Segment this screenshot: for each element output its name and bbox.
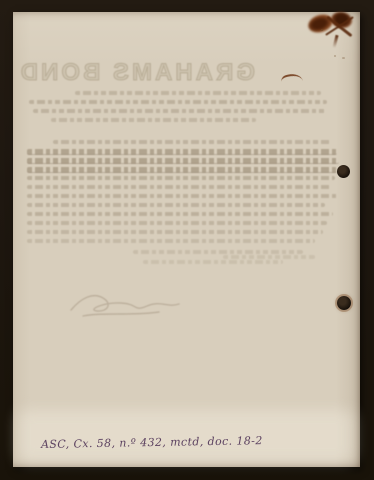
scratch-mark: [280, 72, 302, 85]
ghost-text-line: [51, 118, 256, 122]
ghost-title-bleedthrough: GRAHAMS BOND: [13, 58, 255, 90]
ghost-text-line: [143, 260, 283, 264]
punch-hole-top: [337, 165, 350, 178]
ghost-signature: [63, 278, 203, 326]
punch-hole-bottom: [337, 296, 351, 310]
ghost-text-line: [223, 255, 315, 259]
ghost-text-line: [33, 109, 325, 113]
ghost-text-line: [27, 221, 327, 225]
stain-speck: [342, 57, 345, 59]
ghost-text-line: [27, 203, 325, 207]
ghost-text-line: [27, 194, 337, 198]
document-page: GRAHAMS BOND: [13, 12, 360, 467]
ghost-text-line: [133, 250, 303, 254]
ghost-text-line: [75, 91, 321, 95]
stain-speck: [321, 29, 323, 31]
ghost-text-line: [27, 176, 335, 180]
ghost-text-line: [27, 212, 333, 216]
stain-speck: [334, 55, 336, 57]
ghost-text-line-underlined: [27, 167, 337, 173]
ghost-text-line-underlined: [27, 158, 339, 164]
ghost-text-line: [29, 100, 327, 104]
ghost-text-line: [27, 230, 323, 234]
ghost-text-line: [27, 185, 332, 189]
ghost-text-line: [53, 140, 331, 144]
ghost-text-line-underlined: [27, 149, 337, 155]
ghost-text-line: [27, 239, 315, 243]
stain-tail: [332, 35, 338, 48]
